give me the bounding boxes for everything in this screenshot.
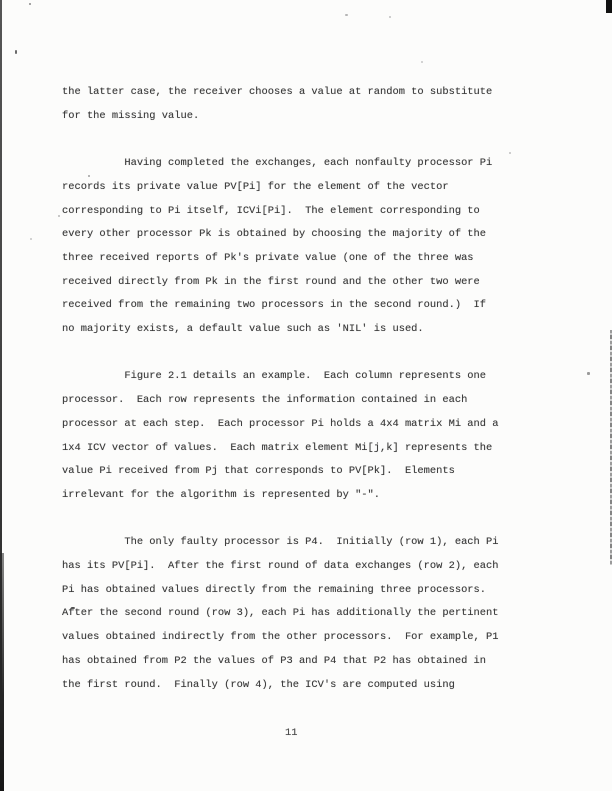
scan-speck bbox=[58, 215, 60, 217]
paragraph-exchanges: Having completed the exchanges, each non… bbox=[62, 152, 562, 342]
scan-corner-mark bbox=[606, 0, 612, 13]
scan-speck bbox=[389, 16, 391, 18]
scan-speck bbox=[345, 14, 348, 16]
paragraph-faulty-processor: The only faulty processor is P4. Initial… bbox=[62, 531, 562, 697]
scan-speck bbox=[30, 238, 32, 240]
scan-edge-left-strip-lower bbox=[0, 553, 4, 791]
body-text: the latter case, the receiver chooses a … bbox=[62, 81, 562, 697]
paragraph-continuation: the latter case, the receiver chooses a … bbox=[62, 81, 562, 128]
page-number: 11 bbox=[285, 726, 297, 740]
paragraph-figure-2-1: Figure 2.1 details an example. Each colu… bbox=[62, 365, 562, 507]
scan-speck bbox=[421, 61, 423, 63]
scan-speck bbox=[587, 372, 590, 375]
scanned-document-page: the latter case, the receiver chooses a … bbox=[0, 0, 612, 791]
scan-speck bbox=[15, 50, 17, 54]
scan-speck bbox=[29, 3, 31, 5]
